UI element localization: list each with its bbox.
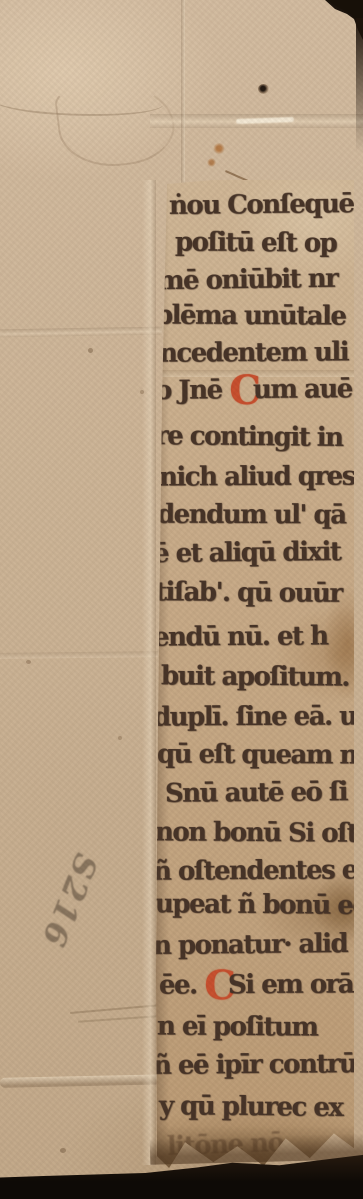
line-text: ñ oſtendentes e <box>153 855 354 886</box>
photo-background-edge <box>356 18 363 153</box>
manuscript-text-line: ṅou Conſequē <box>169 189 354 221</box>
wormhole-spot <box>258 84 269 94</box>
manuscript-text-line: duplī. ſine eā. u <box>153 701 354 732</box>
manuscript-text-line: upeat ñ bonū ec <box>155 889 354 921</box>
line-text: upeat ñ bonū ec <box>155 889 354 921</box>
line-text: Si em orā <box>228 969 353 1000</box>
line-text: o Jnē <box>155 375 229 406</box>
manuscript-text-line: nich aliud qres <box>159 461 354 492</box>
manuscript-text-line: ñ oſtendentes e <box>153 855 354 886</box>
crease-highlight <box>236 117 294 124</box>
line-text: ē et aliqū dixit <box>153 537 341 569</box>
manuscript-text-line: qū eſt queam no <box>157 739 354 770</box>
manuscript-text-line: non bonū Si oſt <box>155 817 354 848</box>
crease-line <box>0 84 165 121</box>
line-text: um auē <box>253 374 352 405</box>
line-text: mē oniūbit nr <box>157 264 338 297</box>
rust-stain <box>207 158 216 167</box>
manuscript-text-line: Snū autē eō ſi <box>165 777 347 809</box>
line-text: buit apoſitum. <box>161 661 349 692</box>
manuscript-photo: S216 ṅou Conſequēpoſitū eſt opmē oniūbit… <box>0 0 363 1199</box>
line-text: ncedentem uli <box>159 337 348 368</box>
manuscript-text-block: ṅou Conſequēpoſitū eſt opmē oniūbit nrbl… <box>153 180 354 1170</box>
line-text: re contingit in <box>155 421 343 453</box>
speck <box>60 1148 66 1153</box>
line-text: ṅou Conſequē <box>169 189 354 221</box>
manuscript-text-line: ñ eē ipīr contrū <box>153 1049 354 1081</box>
manuscript-text-line: re contingit in <box>155 421 343 453</box>
line-text: blēma unūtale <box>155 301 346 332</box>
line-text: tiſab'. qū ouūr <box>155 577 342 609</box>
manuscript-text-line: poſitū eſt op <box>175 227 337 258</box>
line-text: duplī. ſine eā. u <box>153 701 354 732</box>
line-text: ñ eē ipīr contrū <box>153 1049 354 1081</box>
manuscript-text-line: ncedentem uli <box>159 337 348 368</box>
fold-highlight <box>142 180 156 1165</box>
line-text: endū nū. et h <box>153 621 328 652</box>
shelfmark-inscription: S216 <box>8 838 133 963</box>
crease-line <box>0 651 158 659</box>
manuscript-text-line: ē et aliqū dixit <box>153 537 341 569</box>
manuscript-text-line: ēe. CSi em orā <box>159 969 353 1001</box>
line-text: n eī poſitum <box>157 1011 318 1042</box>
crease-flap <box>53 77 178 173</box>
speck <box>118 736 122 740</box>
manuscript-fragment: ṅou Conſequēpoſitū eſt opmē oniūbit nrbl… <box>153 180 354 1170</box>
line-text: y qū plurec ex <box>159 1091 343 1123</box>
crease-line <box>0 327 162 338</box>
manuscript-text-line: n eī poſitum <box>157 1011 318 1042</box>
speck <box>140 390 144 394</box>
manuscript-text-line: n ponatur· alid <box>153 929 347 961</box>
speck <box>26 660 31 664</box>
manuscript-text-line: y qū plurec ex <box>159 1091 343 1123</box>
line-text: dendum ul' qā <box>157 500 346 531</box>
crease-line <box>150 114 363 128</box>
line-text: n ponatur· alid <box>153 929 347 961</box>
manuscript-text-line: dendum ul' qā <box>157 500 346 531</box>
line-text: ēe. <box>159 970 204 1000</box>
manuscript-text-line: o Jnē Cum auē <box>155 374 352 407</box>
line-text: Snū autē eō ſi <box>165 777 347 809</box>
line-text: qū eſt queam no <box>157 739 354 770</box>
scratch-mark <box>70 1004 162 1014</box>
manuscript-text-line: buit apoſitum. <box>161 661 354 692</box>
line-text: non bonū Si oſt <box>155 817 354 848</box>
speck <box>88 348 93 353</box>
rust-stain <box>213 143 225 154</box>
manuscript-text-line: tiſab'. qū ouūr <box>155 577 342 609</box>
crease-ridge <box>0 1074 175 1088</box>
line-text: poſitū eſt op <box>175 227 337 258</box>
scratch-mark <box>78 1015 158 1023</box>
line-text: nich aliud qres <box>159 461 354 492</box>
manuscript-text-line: mē oniūbit nr <box>157 264 338 297</box>
manuscript-text-line: endū nū. et h <box>153 621 328 652</box>
manuscript-text-line: blēma unūtale <box>155 301 346 332</box>
